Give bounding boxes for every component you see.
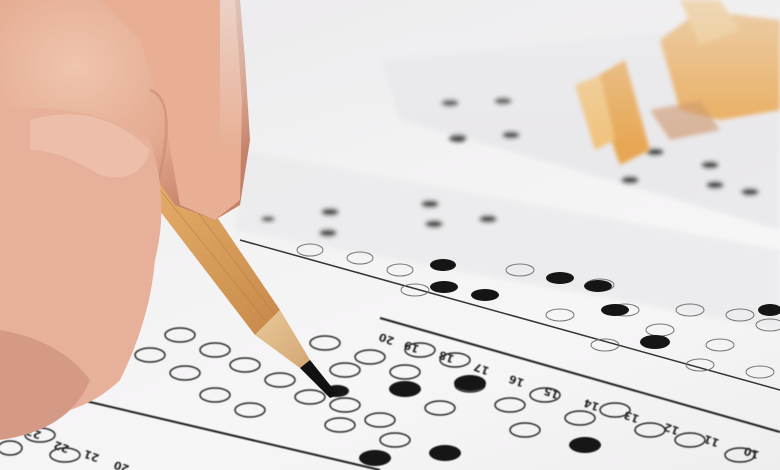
svg-text:21: 21 xyxy=(82,447,101,464)
svg-text:16: 16 xyxy=(507,372,526,390)
svg-text:20: 20 xyxy=(112,458,131,470)
svg-text:10: 10 xyxy=(742,444,761,462)
svg-text:13: 13 xyxy=(622,408,641,425)
svg-text:11: 11 xyxy=(702,432,721,449)
svg-text:22: 22 xyxy=(52,438,71,455)
svg-text:15: 15 xyxy=(542,384,561,401)
svg-text:19: 19 xyxy=(402,338,421,355)
photo-scene: 19 18 17 16 15 14 13 12 11 10 20 23 22 2… xyxy=(0,0,780,470)
background-blur xyxy=(220,0,780,150)
svg-text:20: 20 xyxy=(377,330,396,348)
svg-text:18: 18 xyxy=(437,348,456,365)
svg-text:17: 17 xyxy=(472,360,491,377)
svg-text:12: 12 xyxy=(662,420,681,437)
